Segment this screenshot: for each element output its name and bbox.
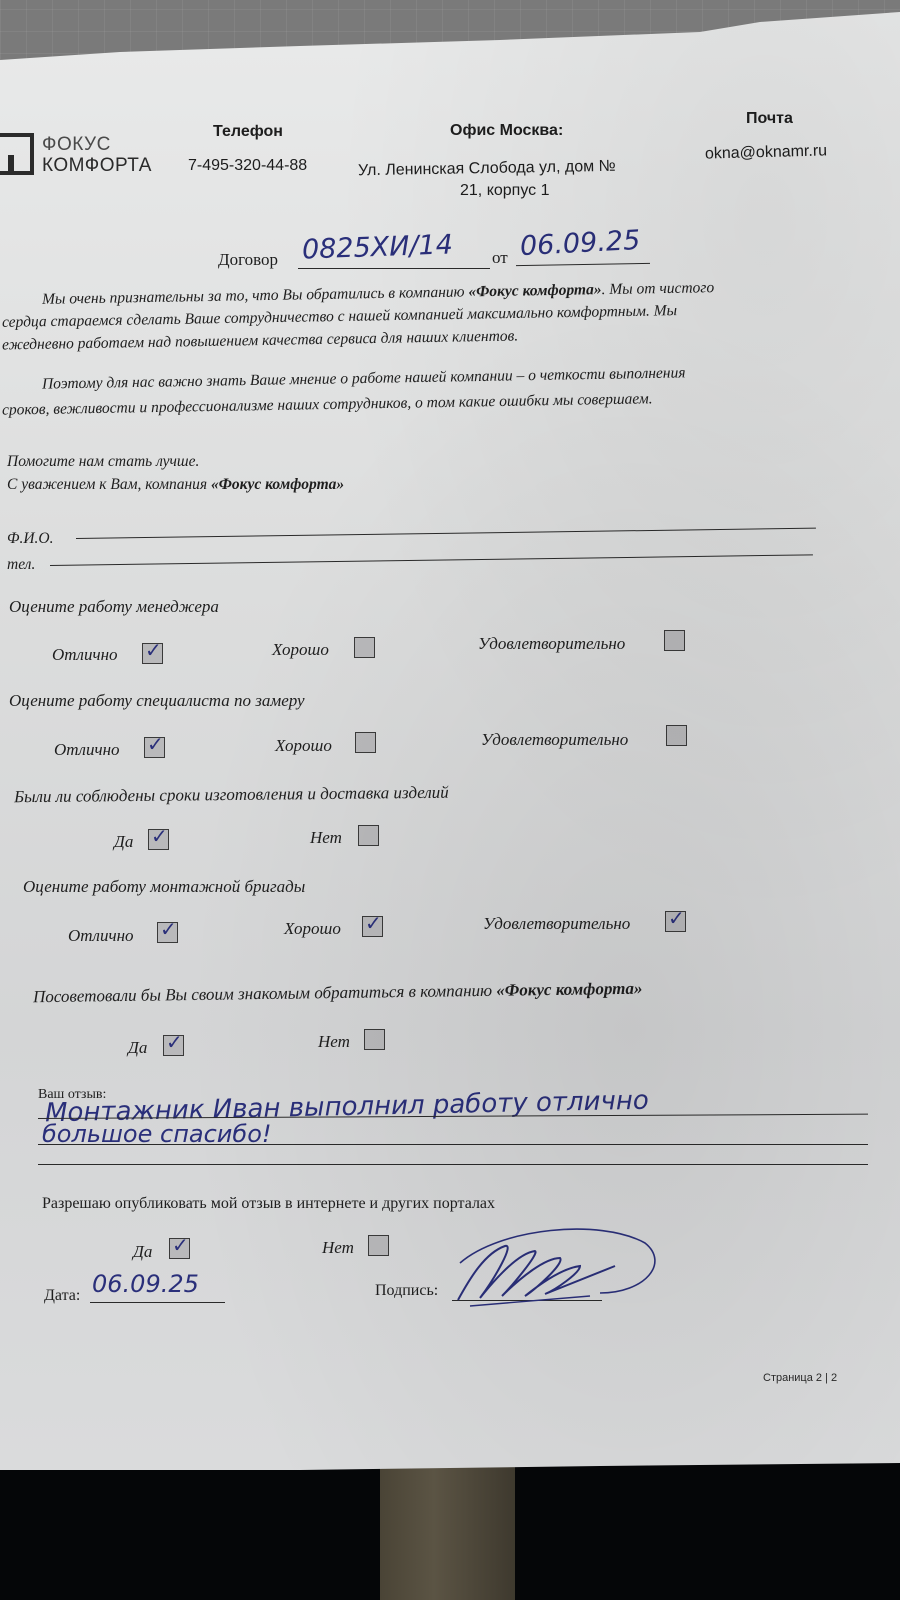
- publish-permission-text: Разрешаю опубликовать мой отзыв в интерн…: [42, 1195, 495, 1213]
- check-icon: ✓: [668, 908, 685, 928]
- logo-icon: [0, 133, 34, 175]
- checkbox-crew-good[interactable]: ✓: [362, 916, 383, 937]
- checkbox-deadlines-yes[interactable]: ✓: [148, 829, 169, 850]
- email-label: Почта: [746, 110, 793, 128]
- checkbox-crew-excellent[interactable]: ✓: [157, 922, 178, 943]
- date-value[interactable]: 06.09.25: [92, 1270, 199, 1298]
- checkbox-recommend-yes[interactable]: ✓: [163, 1035, 184, 1056]
- option-label: Удовлетворительно: [483, 914, 630, 934]
- intro-paragraph-1-line3: ежедневно работаем над повышением качест…: [2, 327, 518, 354]
- fio-input-line[interactable]: [76, 528, 816, 539]
- checkbox-manager-excellent[interactable]: ✓: [142, 643, 163, 664]
- intro-text: . Мы от чистого: [601, 279, 714, 298]
- phone-value: 7-495-320-44-88: [188, 157, 307, 175]
- feedback-form-paper: ФОКУС КОМФОРТА Телефон 7-495-320-44-88 О…: [0, 0, 900, 1470]
- check-icon: ✓: [166, 1032, 183, 1052]
- closing-line-1: Помогите нам стать лучше.: [7, 453, 199, 471]
- option-label: Нет: [310, 828, 342, 848]
- office-label: Офис Москва:: [450, 122, 563, 140]
- contract-date-underline: [516, 263, 650, 266]
- check-icon: ✓: [172, 1235, 189, 1255]
- closing-text: С уважением к Вам, компания: [7, 476, 211, 493]
- checkbox-measurer-excellent[interactable]: ✓: [144, 737, 165, 758]
- phone-input-line[interactable]: [50, 554, 813, 566]
- background-arm: [380, 1460, 515, 1600]
- check-icon: ✓: [160, 919, 177, 939]
- contract-label: Договор: [218, 250, 278, 270]
- phone-label: Телефон: [213, 123, 283, 141]
- question-text: Посоветовали бы Вы своим знакомым обрати…: [33, 981, 497, 1006]
- brand-name: «Фокус комфорта»: [211, 476, 344, 493]
- checkbox-measurer-good[interactable]: [355, 732, 376, 753]
- contract-number-underline: [298, 268, 490, 269]
- option-label: Отлично: [68, 926, 134, 946]
- page-number: Страница 2 | 2: [763, 1372, 837, 1384]
- check-icon: ✓: [151, 826, 168, 846]
- checkbox-publish-yes[interactable]: ✓: [169, 1238, 190, 1259]
- date-label: Дата:: [44, 1287, 80, 1305]
- signature-label: Подпись:: [375, 1282, 438, 1300]
- checkbox-deadlines-no[interactable]: [358, 825, 379, 846]
- logo-text-line2: КОМФОРТА: [42, 155, 152, 177]
- option-label: Да: [128, 1038, 147, 1058]
- question-measurer: Оцените работу специалиста по замеру: [9, 691, 305, 711]
- option-label: Да: [114, 832, 133, 852]
- option-label: Хорошо: [275, 736, 332, 756]
- question-deadlines: Были ли соблюдены сроки изготовления и д…: [14, 783, 449, 808]
- option-label: Нет: [322, 1238, 354, 1258]
- check-icon: ✓: [145, 640, 162, 660]
- signature-drawing[interactable]: [440, 1218, 670, 1318]
- logo-text-line1: ФОКУС: [42, 134, 111, 156]
- check-icon: ✓: [365, 913, 382, 933]
- email-value: okna@oknamr.ru: [705, 142, 828, 163]
- brand-name: «Фокус комфорта»: [468, 281, 601, 300]
- question-installation-crew: Оцените работу монтажной бригады: [23, 877, 305, 897]
- question-manager: Оцените работу менеджера: [9, 597, 219, 617]
- option-label: Отлично: [54, 740, 120, 760]
- closing-line-2: С уважением к Вам, компания «Фокус комфо…: [7, 476, 344, 494]
- fio-label: Ф.И.О.: [7, 530, 53, 548]
- phone-field-label: тел.: [7, 556, 35, 574]
- checkbox-measurer-satisfactory[interactable]: [666, 725, 687, 746]
- contract-date[interactable]: 06.09.25: [519, 225, 641, 262]
- brand-name: «Фокус комфорта»: [496, 979, 642, 1000]
- review-line-3: [38, 1164, 868, 1165]
- option-label: Удовлетворительно: [478, 634, 625, 654]
- checkbox-manager-good[interactable]: [354, 637, 375, 658]
- intro-paragraph-2-line1: Поэтому для нас важно знать Ваше мнение …: [42, 364, 686, 393]
- option-label: Отлично: [52, 645, 118, 665]
- intro-paragraph-2-line2: сроков, вежливости и профессионализме на…: [2, 390, 653, 419]
- option-label: Да: [133, 1242, 152, 1262]
- checkbox-recommend-no[interactable]: [364, 1029, 385, 1050]
- intro-text: Мы очень признательны за то, что Вы обра…: [42, 283, 469, 307]
- office-address-line1: Ул. Ленинская Слобода ул, дом №: [358, 158, 616, 180]
- review-line-2: [38, 1144, 868, 1145]
- contract-number[interactable]: 0825ХИ/14: [302, 229, 454, 265]
- question-recommend: Посоветовали бы Вы своим знакомым обрати…: [33, 979, 643, 1008]
- date-underline: [90, 1302, 225, 1303]
- contract-from-label: от: [492, 248, 508, 268]
- option-label: Удовлетворительно: [481, 730, 628, 750]
- option-label: Нет: [318, 1032, 350, 1052]
- option-label: Хорошо: [284, 919, 341, 939]
- checkbox-manager-satisfactory[interactable]: [664, 630, 685, 651]
- check-icon: ✓: [147, 734, 164, 754]
- office-address-line2: 21, корпус 1: [460, 182, 550, 200]
- checkbox-publish-no[interactable]: [368, 1235, 389, 1256]
- checkbox-crew-satisfactory[interactable]: ✓: [665, 911, 686, 932]
- option-label: Хорошо: [272, 640, 329, 660]
